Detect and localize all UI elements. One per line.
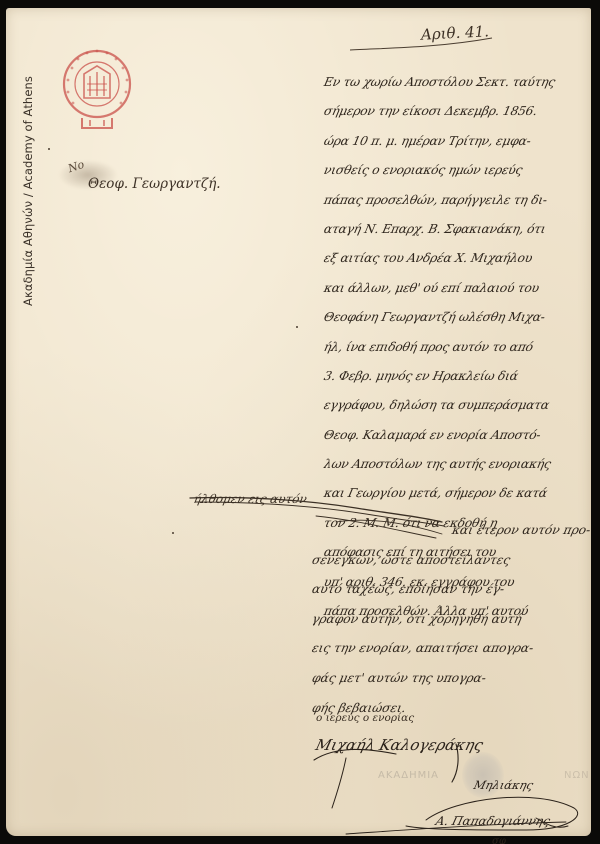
- paper-speck: [48, 148, 50, 150]
- body-line: ώρα 10 π. μ. ημέραν Τρίτην, εμφα-: [321, 127, 599, 156]
- body-line: σήμερον την είκοσι Δεκεμβρ. 1856.: [321, 97, 599, 126]
- letter-body-continued: και έτερον αυτόν προ- σενεγκών, ώστε απο…: [312, 516, 600, 723]
- body-line: εγγράφου, δηλώση τα συμπεράσματα: [321, 391, 599, 420]
- body-line: αυτό ταχέως, εποίησαν την έγ-: [309, 575, 600, 605]
- signature-flourishes: [306, 738, 596, 844]
- body-line: και άλλων, μεθ' ού επί παλαιού του: [321, 274, 599, 303]
- body-line: πάπας προσελθών, παρήγγειλε τη δι-: [321, 186, 599, 215]
- body-line: λων Αποστόλων της αυτής ενοριακής: [321, 450, 599, 479]
- body-line: Θεοφ. Καλαμαρά εν ενορία Αποστό-: [321, 421, 599, 450]
- body-line: 3. Φεβρ. μηνός εν Ηρακλείω διά: [321, 362, 599, 391]
- body-line: εξ αιτίας του Ανδρέα Χ. Μιχαήλου: [321, 244, 599, 273]
- margin-annotation: Θεοφ. Γεωργαντζή.: [88, 176, 221, 192]
- body-line: Θεοφάνη Γεωργαντζή ωλέσθη Μιχα-: [321, 303, 599, 332]
- body-line: εις την ενορίαν, απαιτήσει απογρα-: [309, 634, 600, 664]
- signature-mark: σφ: [492, 836, 506, 844]
- body-line: σενεγκών, ώστε αποστείλαντες: [309, 546, 600, 576]
- body-line: και έτερον αυτόν προ-: [309, 516, 600, 546]
- archive-watermark: Ακαδημία Αθηνών / Academy of Athens: [21, 61, 35, 321]
- manuscript-page: Ακαδημία Αθηνών / Academy of Athens Αριθ…: [6, 8, 591, 836]
- closing-phrase: ο ιερεύς ο ενορίας: [316, 712, 414, 724]
- paper-speck: [172, 532, 174, 534]
- body-line: φάς μετ' αυτών της υπογρα-: [309, 664, 600, 694]
- body-line: Εν τω χωρίω Αποστόλου Σεκτ. ταύτης: [321, 68, 599, 97]
- reference-underline: [346, 36, 496, 54]
- body-line: ήλ, ίνα επιδοθή προς αυτόν το από: [321, 333, 599, 362]
- official-seal-icon: [60, 46, 134, 132]
- body-line: νισθείς ο ενοριακός ημών ιερεύς: [321, 156, 599, 185]
- paper-speck: [296, 326, 298, 328]
- body-line: γραφον αυτήν, ότι χορηγηθή αυτή: [309, 605, 600, 635]
- body-line: αταγή Ν. Επαρχ. Β. Σφακιανάκη, ότι: [321, 215, 599, 244]
